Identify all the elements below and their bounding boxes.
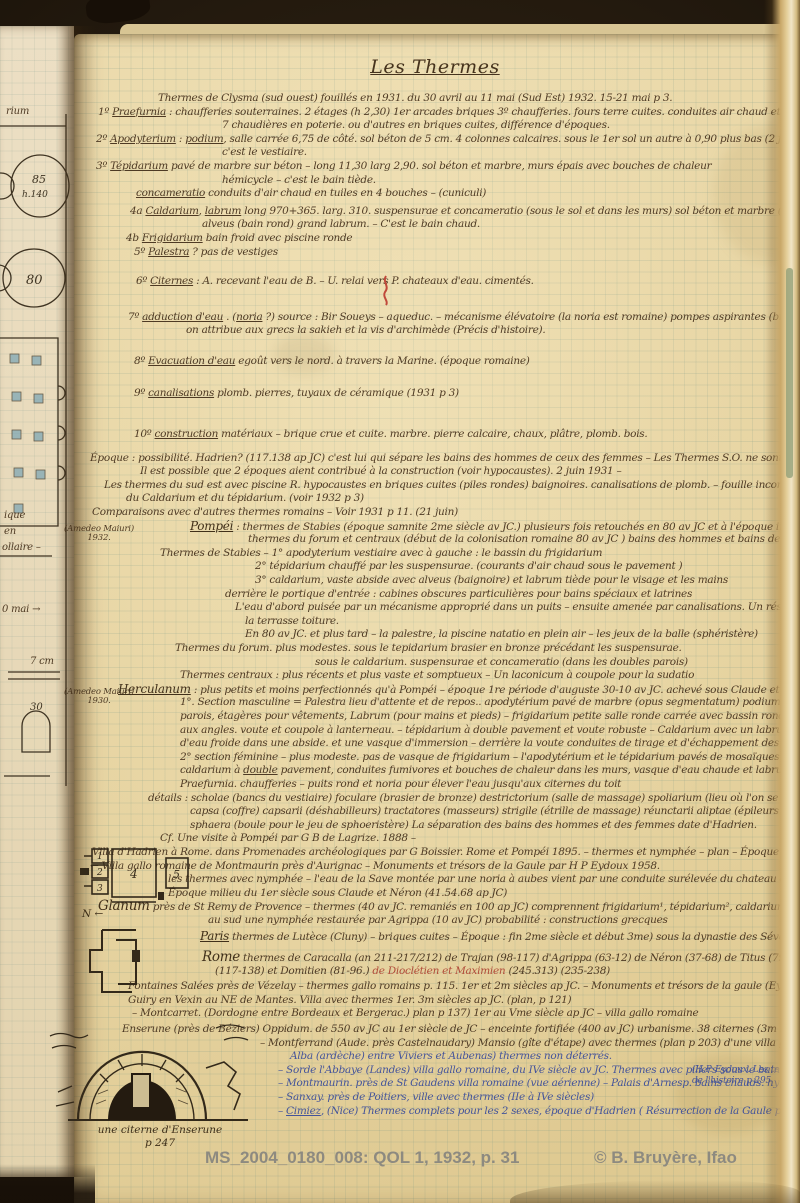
manuscript-line: 2º Apodyterium : podium, salle carrée 6,… [90,133,780,147]
manuscript-line: 7 chaudières en poterie. ou d'autres en … [90,119,780,133]
manuscript-lines: Thermes de Clysma (sud ouest) fouillés e… [90,92,780,1118]
manuscript-line: 1°. Section masculine = Palestra lieu d'… [90,696,780,710]
manuscript-line: derrière le portique d'entrée : cabines … [90,588,780,602]
manuscript-line: 4b Frigidarium bain froid avec piscine r… [90,232,780,246]
manuscript-line: 3º Tépidarium pavé de marbre sur béton –… [90,160,780,174]
manuscript-line: Thermes de Stabies – 1° apodyterium vest… [90,547,780,561]
manuscript-line: Thermes de Clysma (sud ouest) fouillés e… [90,92,780,106]
manuscript-line: (117-138) et Domitien (81-96.) de Dioclé… [90,965,780,979]
strip-text-fragment: en [4,526,16,537]
manuscript-line: Pompéi : thermes de Stabies (époque samn… [90,520,780,534]
manuscript-line: 2° section féminine – plus modeste. pas … [90,751,780,765]
manuscript-line: on attribue aux grecs la sakieh et la vi… [90,324,780,338]
manuscript-line: parois, étagères pour vêtements, Labrum … [90,710,780,724]
manuscript-line: 10º construction matériaux – brique crue… [90,428,780,442]
manuscript-line: alveus (bain rond) grand labrum. – C'est… [90,218,780,232]
manuscript-line: aux angles. voute et coupole à lanternea… [90,724,780,738]
manuscript-line: Il est possible que 2 époques aient cont… [90,465,780,479]
manuscript-line: hémicycle – c'est le bain tiède. [90,174,780,188]
manuscript-line: d'eau froide dans une abside. et une vas… [90,737,780,751]
manuscript-line: 5º Palestra ? pas de vestiges [90,246,780,260]
strip-text-fragment: ollaire – [2,542,41,553]
manuscript-line: Praefurnia. chaufferies – puits rond et … [90,778,780,792]
cistern-sketch [48,1008,268,1130]
scanned-notebook-photo: 85 h.140 80 30 rium ique en ollaire – 0 … [0,0,800,1203]
manuscript-line: L'eau d'abord puisée par un mécanisme ap… [90,601,780,615]
strip-text-fragment: 0 mai → [2,604,40,615]
strip-circle-label: 85 [32,173,46,186]
copyright-credit: © B. Bruyère, Ifao [594,1148,737,1168]
manuscript-line: Époque : possibilité. Hadrien? (117.138 … [90,452,780,466]
facing-page-edge: 85 h.140 80 30 rium ique en ollaire – 0 … [0,26,74,1177]
manuscript-line: c'est le vestiaire. [90,146,780,160]
page-title: Les Thermes [90,56,780,78]
plan-room-label: 1 [97,852,103,862]
strip-text-fragment: rium [6,106,29,117]
strip-circle-sublabel: h.140 [22,190,48,200]
manuscript-line: au sud une nymphée restaurée par Agrippa… [90,914,780,928]
plan-room-label: 4 [129,867,138,881]
manuscript-line: sous le caldarium. suspensurae et concam… [90,656,780,670]
manuscript-line: Rome thermes de Caracalla (an 211-217/21… [90,951,780,965]
manuscript-line: Fontaines Salées près de Vézelay – therm… [90,980,780,994]
manuscript-line: la terrasse toiture. [90,615,780,629]
cistern-caption: une citerne d'Enserune p 247 [70,1124,250,1150]
page-stack-edge [764,0,800,1203]
binding-shadow [84,0,151,26]
plan-room-label: 2 [96,868,103,878]
plan-room-label: 3 [97,884,103,894]
manuscript-line: Guiry en Vexin au NE de Mantes. Villa av… [90,994,780,1008]
manuscript-line: du Caldarium et du tépidarium. (voir 193… [90,492,780,506]
manuscript-line: capsa (coffre) capsarii (déshabilleurs) … [90,805,780,819]
manuscript-line: Comparaisons avec d'autres thermes romai… [90,506,780,520]
manuscript-line: 1º Praefurnia : chaufferies souterraines… [90,106,780,120]
compass-north-label: N ← [82,908,103,920]
strip-arch-label: 30 [30,702,43,713]
glanum-plan-sketch: 1 2 3 4 5 [78,846,200,906]
manuscript-line: En 80 av JC. et plus tard – la palestre,… [90,628,780,642]
manuscript-line: caldarium à double pavement, conduites f… [90,764,780,778]
manuscript-line: Les thermes du sud est avec piscine R. h… [90,479,780,493]
manuscript-line: Paris thermes de Lutèce (Cluny) – brique… [90,930,780,944]
manuscript-line: 8º Evacuation d'eau egoût vers le nord. … [90,355,780,369]
manuscript-line: 7º adduction d'eau . (noria ?) source : … [90,311,780,325]
plan-room-label: 5 [173,868,180,881]
manuscript-line: sphaera (boule pour le jeu de sphoeristè… [90,819,780,833]
strip-text-fragment: 7 cm [30,656,54,667]
manuscript-line: concameratio conduits d'air chaud en tui… [90,187,780,201]
manuscript-line: Cf. Une visite à Pompéi par G B de Lagri… [90,832,780,846]
strip-text-fragment: ique [4,510,25,521]
page-edge-green-sliver [786,268,793,478]
manuscript-line: 2° tépidarium chauffé par les suspensura… [90,560,780,574]
margin-sketches-strip: 85 h.140 80 30 [0,86,74,786]
red-ink-mark [380,274,392,306]
cistern-caption-text: une citerne d'Enserune [98,1124,222,1136]
manuscript-line: Thermes du forum. plus modestes. sous le… [90,642,780,656]
manuscript-line: 9º canalisations plomb. pierres, tuyaux … [90,387,780,401]
manuscript-line: Thermes centraux : plus récents et plus … [90,669,780,683]
strip-circle-label: 80 [26,273,43,288]
binding-corner [0,1164,95,1203]
baths-plan-sketch [82,926,152,998]
manuscript-line: 4a Caldarium, labrum long 970+365. larg.… [90,205,780,219]
manuscript-line: détails : scholae (bancs du vestiaire) f… [90,792,780,806]
manuscript-line: Herculanum : plus petits et moins perfec… [90,683,780,697]
manuscript-line: 3° caldarium, vaste abside avec alveus (… [90,574,780,588]
cistern-caption-page: p 247 [145,1137,175,1149]
manuscript-id: MS_2004_0180_008: QOL 1, 1932, p. 31 [205,1148,519,1168]
manuscript-line: 6º Citernes : A. recevant l'eau de B. – … [90,275,780,289]
manuscript-line: thermes du forum et centraux (début de l… [90,533,780,547]
